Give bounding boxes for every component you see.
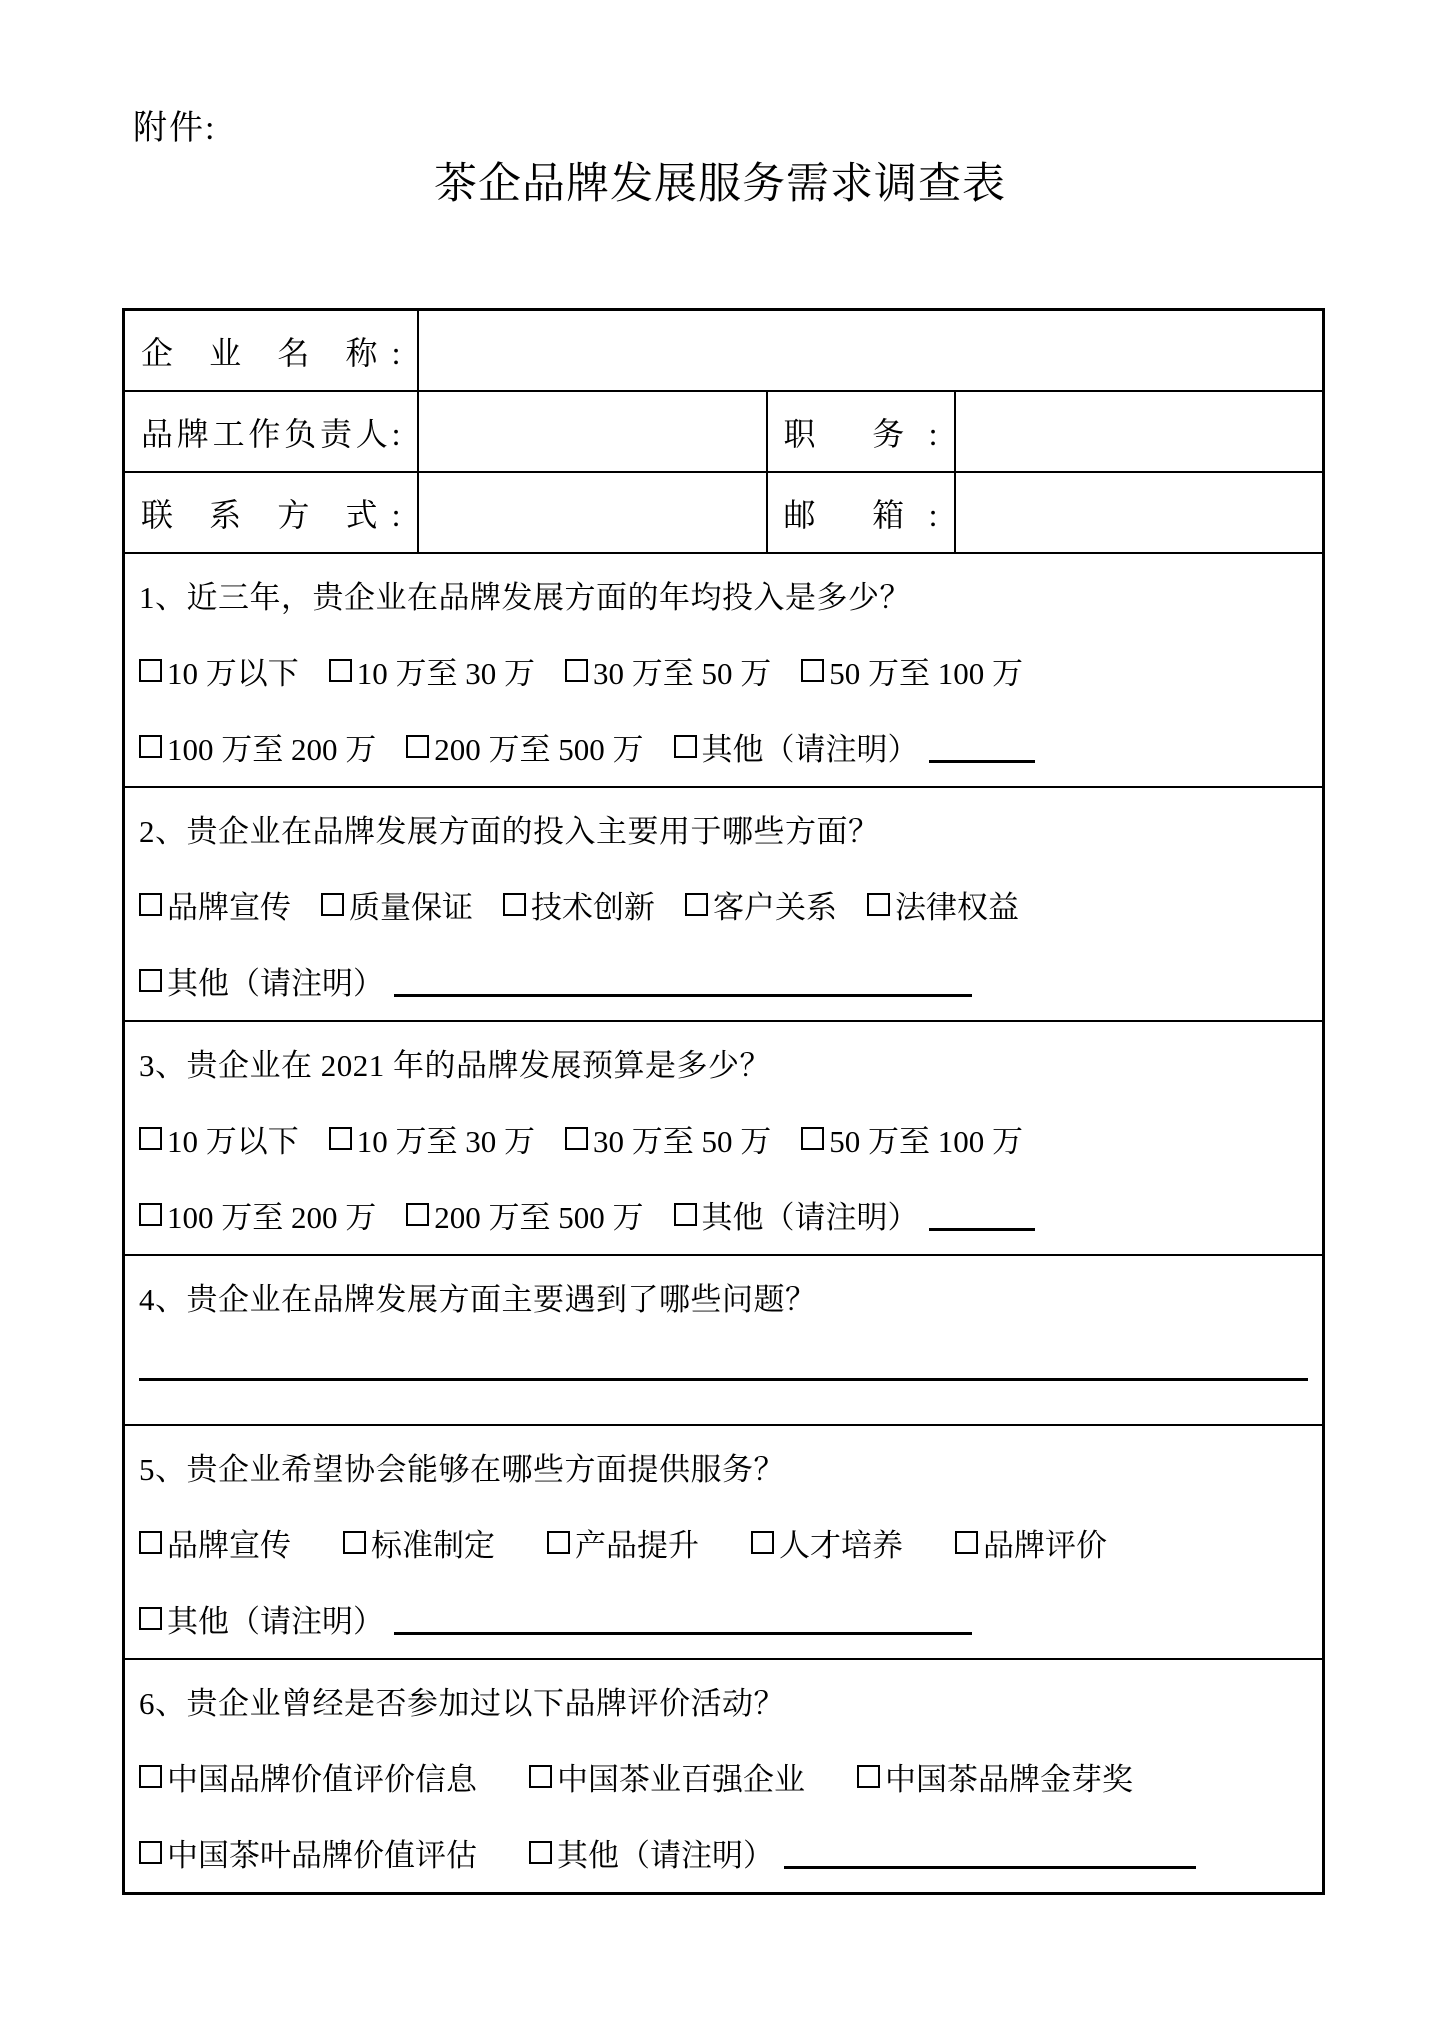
checkbox-icon — [503, 893, 526, 916]
question-5-row: 5、贵企业希望协会能够在哪些方面提供服务？ 品牌宣传 标准制定 产品提升 人才培… — [124, 1425, 1324, 1659]
checkbox-option[interactable]: 200 万至 500 万 — [406, 1192, 643, 1237]
question-6-row: 6、贵企业曾经是否参加过以下品牌评价活动？ 中国品牌价值评价信息 中国茶业百强企… — [124, 1659, 1324, 1894]
fill-in-blank[interactable] — [394, 964, 972, 997]
checkbox-icon — [685, 893, 708, 916]
question-2-title: 2、贵企业在品牌发展方面的投入主要用于哪些方面？ — [139, 790, 1308, 866]
checkbox-option[interactable]: 品牌宣传 — [139, 882, 291, 927]
fill-in-blank[interactable] — [784, 1836, 1196, 1869]
checkbox-icon — [139, 893, 162, 916]
checkbox-option-other[interactable]: 其他（请注明） — [139, 958, 972, 1003]
option-label: 品牌宣传 — [167, 1520, 291, 1565]
survey-document: 附件: 茶企品牌发展服务需求调查表 企 业 名 称: 品牌工作负责人: 职 务:… — [0, 0, 1440, 2044]
checkbox-option-other[interactable]: 其他（请注明） — [674, 724, 1035, 769]
question-3-section: 3、贵企业在 2021 年的品牌发展预算是多少？ 10 万以下 10 万至 30… — [124, 1021, 1324, 1255]
checkbox-icon — [139, 1203, 162, 1226]
question-2-row: 2、贵企业在品牌发展方面的投入主要用于哪些方面？ 品牌宣传 质量保证 技术创新 … — [124, 787, 1324, 1021]
checkbox-option[interactable]: 50 万至 100 万 — [801, 1116, 1023, 1161]
option-label: 其他（请注明） — [557, 1830, 774, 1875]
question-3-title: 3、贵企业在 2021 年的品牌发展预算是多少？ — [139, 1024, 1308, 1100]
checkbox-icon — [547, 1531, 570, 1554]
option-label: 30 万至 50 万 — [593, 1116, 771, 1161]
checkbox-option[interactable]: 质量保证 — [321, 882, 473, 927]
question-2-options-row-1: 品牌宣传 质量保证 技术创新 客户关系 法律权益 — [139, 866, 1308, 942]
checkbox-option[interactable]: 中国品牌价值评价信息 — [139, 1754, 477, 1799]
checkbox-icon — [329, 1127, 352, 1150]
survey-table: 企 业 名 称: 品牌工作负责人: 职 务: 联 系 方 式: 邮 箱: 1、近… — [122, 308, 1325, 1895]
option-label: 50 万至 100 万 — [829, 1116, 1023, 1161]
contact-label: 联 系 方 式: — [124, 472, 418, 553]
checkbox-icon — [406, 1203, 429, 1226]
checkbox-icon — [955, 1531, 978, 1554]
option-label: 标准制定 — [371, 1520, 495, 1565]
option-label: 其他（请注明） — [167, 1596, 384, 1641]
option-label: 其他（请注明） — [702, 1192, 919, 1237]
question-4-title: 4、贵企业在品牌发展方面主要遇到了哪些问题？ — [139, 1258, 1308, 1334]
option-label: 50 万至 100 万 — [829, 648, 1023, 693]
checkbox-option[interactable]: 客户关系 — [685, 882, 837, 927]
question-3-row: 3、贵企业在 2021 年的品牌发展预算是多少？ 10 万以下 10 万至 30… — [124, 1021, 1324, 1255]
option-label: 30 万至 50 万 — [593, 648, 771, 693]
checkbox-icon — [329, 659, 352, 682]
checkbox-option[interactable]: 产品提升 — [547, 1520, 699, 1565]
email-label: 邮 箱: — [767, 472, 955, 553]
option-label: 200 万至 500 万 — [434, 1192, 643, 1237]
checkbox-icon — [139, 1607, 162, 1630]
question-2-section: 2、贵企业在品牌发展方面的投入主要用于哪些方面？ 品牌宣传 质量保证 技术创新 … — [124, 787, 1324, 1021]
checkbox-option[interactable]: 30 万至 50 万 — [565, 648, 771, 693]
checkbox-icon — [867, 893, 890, 916]
question-5-options-row-2: 其他（请注明） — [139, 1580, 1308, 1656]
option-label: 10 万至 30 万 — [357, 648, 535, 693]
attachment-label: 附件: — [133, 100, 216, 149]
checkbox-icon — [139, 659, 162, 682]
option-label: 品牌评价 — [983, 1520, 1107, 1565]
checkbox-option-other[interactable]: 其他（请注明） — [674, 1192, 1035, 1237]
option-label: 法律权益 — [895, 882, 1019, 927]
checkbox-option[interactable]: 中国茶品牌金芽奖 — [857, 1754, 1133, 1799]
position-input-cell[interactable] — [955, 391, 1324, 472]
checkbox-option[interactable]: 100 万至 200 万 — [139, 1192, 376, 1237]
brand-manager-row: 品牌工作负责人: 职 务: — [124, 391, 1324, 472]
checkbox-option[interactable]: 10 万以下 — [139, 1116, 299, 1161]
checkbox-icon — [674, 1203, 697, 1226]
option-label: 客户关系 — [713, 882, 837, 927]
question-3-options-row-1: 10 万以下 10 万至 30 万 30 万至 50 万 50 万至 100 万 — [139, 1100, 1308, 1176]
checkbox-icon — [529, 1841, 552, 1864]
checkbox-option[interactable]: 法律权益 — [867, 882, 1019, 927]
checkbox-option-other[interactable]: 其他（请注明） — [529, 1830, 1196, 1875]
question-1-options-row-1: 10 万以下 10 万至 30 万 30 万至 50 万 50 万至 100 万 — [139, 632, 1308, 708]
option-label: 100 万至 200 万 — [167, 1192, 376, 1237]
checkbox-option[interactable]: 技术创新 — [503, 882, 655, 927]
question-6-options-row-2: 中国茶叶品牌价值评估 其他（请注明） — [139, 1814, 1308, 1890]
checkbox-icon — [857, 1765, 880, 1788]
company-name-label: 企 业 名 称: — [124, 310, 418, 392]
checkbox-option[interactable]: 100 万至 200 万 — [139, 724, 376, 769]
page-title: 茶企品牌发展服务需求调查表 — [0, 150, 1440, 211]
option-label: 100 万至 200 万 — [167, 724, 376, 769]
checkbox-option[interactable]: 50 万至 100 万 — [801, 648, 1023, 693]
option-label: 技术创新 — [531, 882, 655, 927]
checkbox-icon — [139, 969, 162, 992]
option-label: 中国茶业百强企业 — [557, 1754, 805, 1799]
option-label: 中国茶叶品牌价值评估 — [167, 1830, 477, 1875]
checkbox-icon — [139, 735, 162, 758]
question-1-options-row-2: 100 万至 200 万 200 万至 500 万 其他（请注明） — [139, 708, 1308, 784]
position-label: 职 务: — [767, 391, 955, 472]
option-label: 10 万至 30 万 — [357, 1116, 535, 1161]
question-6-title: 6、贵企业曾经是否参加过以下品牌评价活动？ — [139, 1662, 1308, 1738]
checkbox-option[interactable]: 10 万以下 — [139, 648, 299, 693]
question-1-section: 1、近三年，贵企业在品牌发展方面的年均投入是多少？ 10 万以下 10 万至 3… — [124, 553, 1324, 787]
checkbox-icon — [343, 1531, 366, 1554]
checkbox-icon — [139, 1531, 162, 1554]
contact-row: 联 系 方 式: 邮 箱: — [124, 472, 1324, 553]
option-label: 产品提升 — [575, 1520, 699, 1565]
checkbox-icon — [751, 1531, 774, 1554]
checkbox-option[interactable]: 200 万至 500 万 — [406, 724, 643, 769]
brand-manager-input-cell[interactable] — [418, 391, 767, 472]
fill-in-blank[interactable] — [394, 1602, 972, 1635]
contact-input-cell[interactable] — [418, 472, 767, 553]
checkbox-icon — [801, 1127, 824, 1150]
question-5-section: 5、贵企业希望协会能够在哪些方面提供服务？ 品牌宣传 标准制定 产品提升 人才培… — [124, 1425, 1324, 1659]
checkbox-option[interactable]: 人才培养 — [751, 1520, 903, 1565]
question-5-title: 5、贵企业希望协会能够在哪些方面提供服务？ — [139, 1428, 1308, 1504]
checkbox-icon — [565, 1127, 588, 1150]
option-label: 10 万以下 — [167, 648, 299, 693]
question-6-section: 6、贵企业曾经是否参加过以下品牌评价活动？ 中国品牌价值评价信息 中国茶业百强企… — [124, 1659, 1324, 1894]
question-5-options-row-1: 品牌宣传 标准制定 产品提升 人才培养 品牌评价 — [139, 1504, 1308, 1580]
checkbox-option[interactable]: 中国茶叶品牌价值评估 — [139, 1830, 477, 1875]
checkbox-icon — [529, 1765, 552, 1788]
option-label: 人才培养 — [779, 1520, 903, 1565]
option-label: 200 万至 500 万 — [434, 724, 643, 769]
option-label: 中国茶品牌金芽奖 — [885, 1754, 1133, 1799]
checkbox-icon — [139, 1765, 162, 1788]
checkbox-option[interactable]: 30 万至 50 万 — [565, 1116, 771, 1161]
question-2-options-row-2: 其他（请注明） — [139, 942, 1308, 1018]
checkbox-icon — [321, 893, 344, 916]
option-label: 其他（请注明） — [702, 724, 919, 769]
checkbox-option[interactable]: 品牌评价 — [955, 1520, 1107, 1565]
option-label: 其他（请注明） — [167, 958, 384, 1003]
question-6-options-row-1: 中国品牌价值评价信息 中国茶业百强企业 中国茶品牌金芽奖 — [139, 1738, 1308, 1814]
option-label: 中国品牌价值评价信息 — [167, 1754, 477, 1799]
fill-in-blank[interactable] — [929, 1198, 1035, 1231]
checkbox-option[interactable]: 10 万至 30 万 — [329, 1116, 535, 1161]
checkbox-icon — [674, 735, 697, 758]
checkbox-icon — [139, 1127, 162, 1150]
brand-manager-label: 品牌工作负责人: — [124, 391, 418, 472]
company-name-row: 企 业 名 称: — [124, 310, 1324, 392]
checkbox-option-other[interactable]: 其他（请注明） — [139, 1596, 972, 1641]
answer-blank-line[interactable] — [139, 1378, 1308, 1381]
email-input-cell[interactable] — [955, 472, 1324, 553]
question-1-row: 1、近三年，贵企业在品牌发展方面的年均投入是多少？ 10 万以下 10 万至 3… — [124, 553, 1324, 787]
question-4-section: 4、贵企业在品牌发展方面主要遇到了哪些问题？ — [124, 1255, 1324, 1425]
option-label: 10 万以下 — [167, 1116, 299, 1161]
question-3-options-row-2: 100 万至 200 万 200 万至 500 万 其他（请注明） — [139, 1176, 1308, 1252]
checkbox-option[interactable]: 中国茶业百强企业 — [529, 1754, 805, 1799]
checkbox-option[interactable]: 标准制定 — [343, 1520, 495, 1565]
checkbox-option[interactable]: 10 万至 30 万 — [329, 648, 535, 693]
option-label: 质量保证 — [349, 882, 473, 927]
question-1-title: 1、近三年，贵企业在品牌发展方面的年均投入是多少？ — [139, 556, 1308, 632]
checkbox-icon — [139, 1841, 162, 1864]
checkbox-icon — [565, 659, 588, 682]
checkbox-option[interactable]: 品牌宣传 — [139, 1520, 291, 1565]
option-label: 品牌宣传 — [167, 882, 291, 927]
fill-in-blank[interactable] — [929, 730, 1035, 763]
company-name-input-cell[interactable] — [418, 310, 1324, 392]
checkbox-icon — [406, 735, 429, 758]
question-4-row: 4、贵企业在品牌发展方面主要遇到了哪些问题？ — [124, 1255, 1324, 1425]
checkbox-icon — [801, 659, 824, 682]
